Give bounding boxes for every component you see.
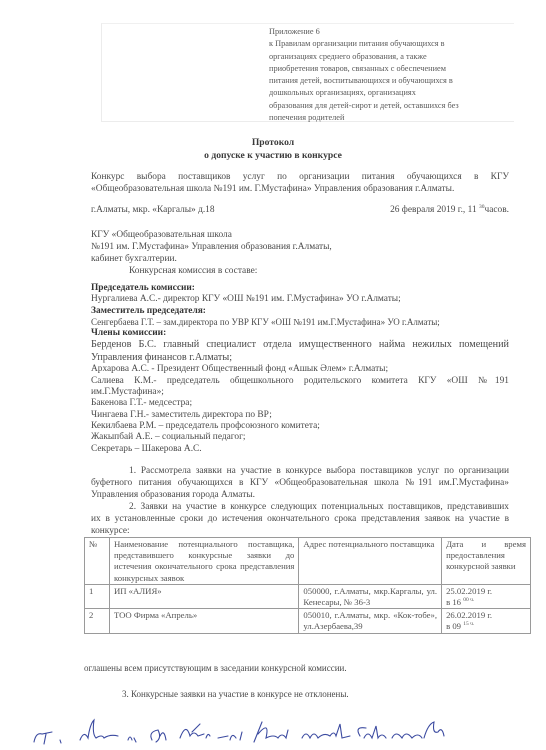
- row-number: 2: [85, 609, 110, 633]
- meeting-time-suffix: часов.: [485, 205, 510, 215]
- venue-line: №191 им. Г.Мустафина» Управления образов…: [91, 241, 509, 253]
- annex-line: образования для детей-сирот и детей, ост…: [269, 100, 509, 112]
- header-supplier-name: Наименование потенциального поставщика, …: [109, 538, 298, 585]
- members-heading: Члены комиссии:: [91, 328, 509, 339]
- after-table-text: оглашены всем присутствующим в заседании…: [84, 662, 502, 674]
- row-time: в 16: [446, 597, 461, 607]
- annex-note: Приложение 6 к Правилам организации пита…: [269, 26, 509, 124]
- signature-8: [302, 724, 350, 738]
- chair-heading: Председатель комиссии:: [91, 283, 509, 294]
- table-row: 1 ИП «АЛИЯ» 050000, г.Алматы, мкр.Каргал…: [85, 584, 531, 608]
- row-supplier-address: 050010, г.Алматы, мкр. «Кок-тобе», ул.Аз…: [299, 609, 442, 633]
- point-2-line: их в установленные сроки до истечения ок…: [91, 514, 509, 526]
- point-1-line: буфетного питания обучающихся в КГУ «Общ…: [91, 478, 509, 490]
- point-1-line: 1. Рассмотрела заявки на участие в конку…: [91, 466, 509, 478]
- row-submission-datetime: 25.02.2019 г. в 16 00 ч.: [442, 584, 531, 608]
- chair-member: Нургалиева А.С.- директор КГУ «ОШ №191 и…: [91, 294, 509, 305]
- signature-1: [34, 732, 61, 744]
- row-time-minutes: 00 ч.: [463, 597, 474, 603]
- signature-9: [358, 726, 386, 738]
- row-date: 26.02.2019 г.: [446, 610, 526, 621]
- signatures: [30, 712, 470, 748]
- document-subtitle: о допуске к участию в конкурсе: [0, 150, 546, 161]
- point-2-line: 2. Заявки на участие в конкурсе следующи…: [91, 502, 509, 514]
- annex-line: попечения родителей: [269, 112, 509, 124]
- commission-intro: Конкурсная комиссия в составе:: [91, 265, 509, 277]
- applications-table: № Наименование потенциального поставщика…: [84, 537, 531, 634]
- header-supplier-address: Адрес потенциального поставщика: [299, 538, 442, 585]
- signature-7: [254, 722, 288, 742]
- annex-line: питания детей, воспитывающихся и обучающ…: [269, 75, 509, 87]
- member-entry: Управления финансов г.Алматы;: [91, 352, 509, 365]
- annex-line: приобретения товаров, связанных с обеспе…: [269, 63, 509, 75]
- venue-line: КГУ «Общеобразовательная школа: [91, 229, 509, 241]
- row-time: в 09: [446, 621, 461, 631]
- row-date: 25.02.2019 г.: [446, 586, 526, 597]
- member-entry: Салиева К.М.- председатель общешкольного…: [91, 376, 509, 387]
- row-supplier-address: 050000, г.Алматы, мкр.Каргалы, ул. Кенес…: [299, 584, 442, 608]
- member-entry: Чингаева Г.Н.- заместитель директора по …: [91, 410, 509, 421]
- point-3: 3. Конкурсные заявки на участие в конкур…: [122, 688, 540, 700]
- secretary: Секретарь – Шакерова А.С.: [91, 444, 509, 455]
- meeting-place: г.Алматы, мкр. «Каргалы» д.18: [91, 204, 215, 216]
- row-submission-datetime: 26.02.2019 г. в 09 15 ч.: [442, 609, 531, 633]
- point-1: 1. Рассмотрела заявки на участие в конку…: [91, 466, 509, 501]
- row-time-minutes: 15 ч.: [463, 622, 474, 628]
- member-entry: Архарова А.С. - Президент Общественный ф…: [91, 364, 509, 375]
- header-number: №: [85, 538, 110, 585]
- signature-10: [392, 722, 444, 738]
- member-entry: Бакенова Г.Т.- медсестра;: [91, 398, 509, 409]
- signature-3: [128, 737, 136, 742]
- intro-paragraph: Конкурс выбора поставщиков услуг по орга…: [91, 171, 509, 195]
- venue-line: кабинет бухгалтерии.: [91, 253, 509, 265]
- point-2: 2. Заявки на участие в конкурсе следующи…: [91, 502, 509, 537]
- point-1-line: Управления образования города Алматы.: [91, 490, 509, 502]
- document-page: Приложение 6 к Правилам организации пита…: [0, 0, 546, 750]
- signature-2: [80, 720, 118, 740]
- row-supplier-name: ТОО Фирма «Апрель»: [109, 609, 298, 633]
- table-row: 2 ТОО Фирма «Апрель» 050010, г.Алматы, м…: [85, 609, 531, 633]
- row-supplier-name: ИП «АЛИЯ»: [109, 584, 298, 608]
- member-entry: Кекилбаева Р.М. – председатель профсоюзн…: [91, 421, 509, 432]
- annex-line: организациях среднего образования, а так…: [269, 51, 509, 63]
- annex-line: дошкольных организациях, организациях: [269, 87, 509, 99]
- venue: КГУ «Общеобразовательная школа №191 им. …: [91, 229, 509, 277]
- signature-5: [180, 724, 210, 738]
- intro-line: Конкурс выбора поставщиков услуг по орга…: [91, 171, 509, 183]
- signature-6: [218, 732, 242, 740]
- deputy-heading: Заместитель председателя:: [91, 306, 509, 317]
- row-number: 1: [85, 584, 110, 608]
- signature-4: [151, 730, 166, 742]
- table-header-row: № Наименование потенциального поставщика…: [85, 538, 531, 585]
- place-date-line: г.Алматы, мкр. «Каргалы» д.18 26 февраля…: [91, 204, 509, 216]
- annex-line: Приложение 6: [269, 26, 509, 38]
- member-entry: им.Г.Мустафина»;: [91, 387, 509, 398]
- deputy-member: Сенгербаева Г.Т. – зам.директора по УВР …: [91, 317, 509, 328]
- point-2-line: конкурсе:: [91, 526, 509, 538]
- annex-line: к Правилам организации питания обучающих…: [269, 38, 509, 50]
- commission-list: Председатель комиссии: Нургалиева А.С.- …: [91, 283, 509, 455]
- meeting-date: 26 февраля 2019 г., 11: [390, 205, 477, 215]
- intro-line: «Общеобразовательная школа №191 им. Г.Му…: [91, 183, 509, 195]
- member-entry: Берденов Б.С. главный специалист отдела …: [91, 339, 509, 352]
- meeting-datetime: 26 февраля 2019 г., 11 30часов.: [390, 204, 509, 216]
- member-entry: Жакыпбай А.Е. – социальный педагог;: [91, 432, 509, 443]
- document-title: Протокол: [0, 137, 546, 148]
- header-submission-datetime: Дата и время предоставления конкурсной з…: [442, 538, 531, 585]
